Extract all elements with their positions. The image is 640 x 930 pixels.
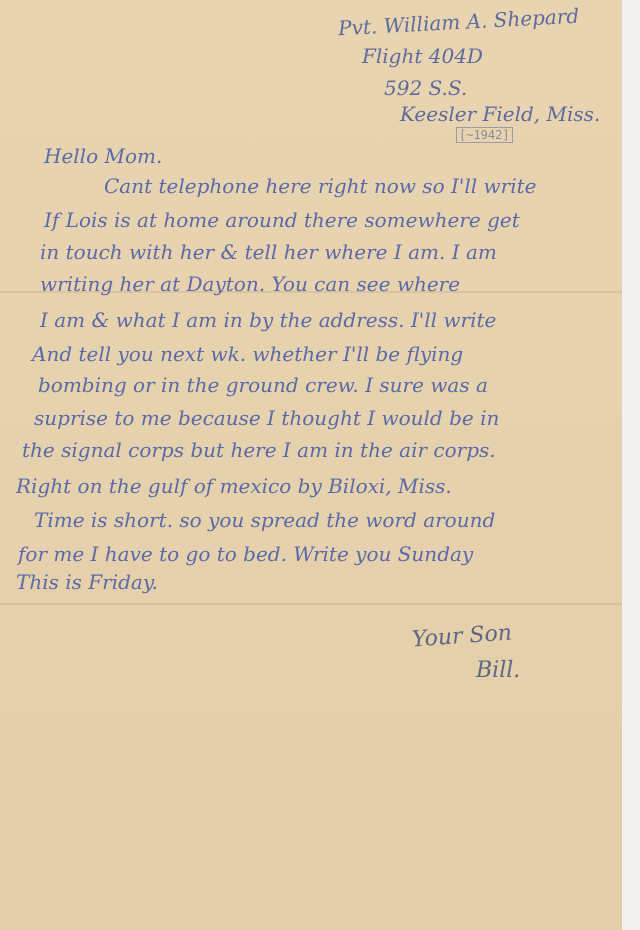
body-line: in touch with her & tell her where I am.… [40, 242, 497, 262]
body-line: for me I have to go to bed. Write you Su… [18, 544, 473, 564]
closing: Your Son [411, 623, 512, 652]
body-line: And tell you next wk. whether I'll be fl… [32, 344, 463, 364]
fold-line [0, 603, 622, 605]
body-line: the signal corps but here I am in the ai… [22, 440, 496, 460]
body-line: If Lois is at home around there somewher… [44, 210, 520, 230]
letter-paper: Pvt. William A. Shepard Flight 404D 592 … [0, 0, 622, 930]
address-line: Flight 404D [362, 46, 483, 66]
address-line: 592 S.S. [384, 78, 467, 98]
date-annotation: [~1942] [456, 127, 513, 143]
body-line: Cant telephone here right now so I'll wr… [104, 176, 536, 196]
salutation: Hello Mom. [44, 146, 162, 166]
scan-border [622, 0, 640, 930]
body-line: Time is short. so you spread the word ar… [34, 510, 495, 530]
body-line: This is Friday. [16, 572, 158, 592]
address-line: Keesler Field, Miss. [400, 104, 600, 124]
address-line: Pvt. William A. Shepard [338, 6, 580, 39]
body-line: Right on the gulf of mexico by Biloxi, M… [16, 476, 452, 496]
body-line: suprise to me because I thought I would … [34, 408, 499, 428]
body-line: bombing or in the ground crew. I sure wa… [38, 375, 488, 395]
body-line: writing her at Dayton. You can see where [40, 274, 460, 294]
signature: Bill. [476, 660, 520, 682]
body-line: I am & what I am in by the address. I'll… [40, 310, 496, 330]
